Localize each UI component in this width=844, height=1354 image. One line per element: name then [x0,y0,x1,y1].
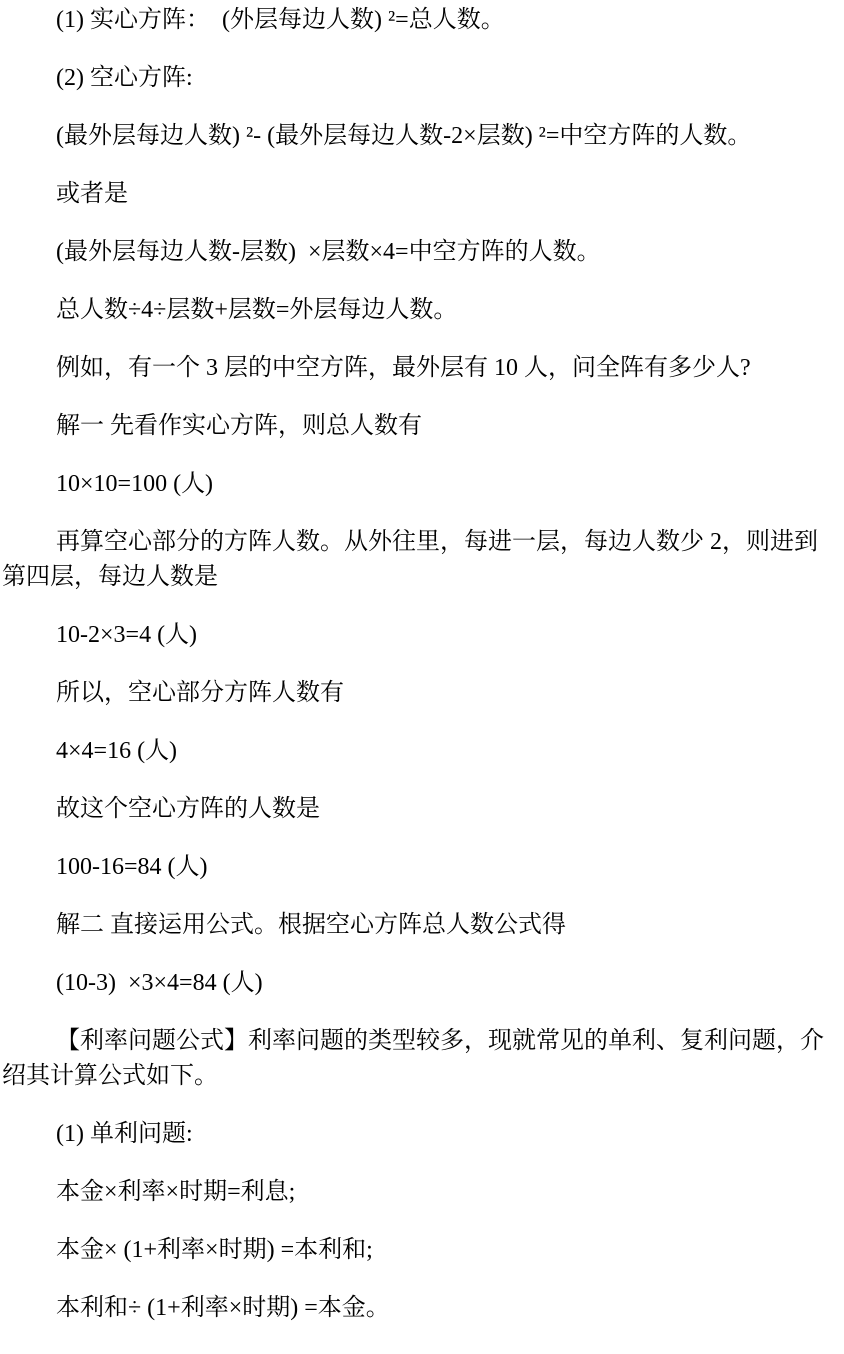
paragraph-solid-square-formula: (1) 实心方阵： (外层每边人数) ²=总人数。 [2,3,840,38]
paragraph-hollow-square-heading: (2) 空心方阵: [2,61,840,96]
paragraph-calc-hollow: 4×4=16 (人) [2,734,840,769]
paragraph-or-else: 或者是 [2,177,840,212]
paragraph-solution-two-intro: 解二 直接运用公式。根据空心方阵总人数公式得 [2,908,840,943]
paragraph-interest-formula-2: 本金× (1+利率×时期) =本利和; [2,1233,840,1268]
paragraph-solution-two-calc: (10-3) ×3×4=84 (人) [2,966,840,1001]
paragraph-calc-side: 10-2×3=4 (人) [2,618,840,653]
paragraph-interest-intro: 【利率问题公式】利率问题的类型较多，现就常见的单利、复利问题，介绍其计算公式如下… [2,1024,840,1094]
paragraph-hollow-part-explain: 再算空心部分的方阵人数。从外往里，每进一层，每边人数少 2，则进到第四层，每边人… [2,525,840,595]
paragraph-calc-answer: 100-16=84 (人) [2,850,840,885]
paragraph-therefore-hollow: 所以，空心部分方阵人数有 [2,676,840,711]
paragraph-calc-total: 10×10=100 (人) [2,467,840,502]
paragraph-outer-side-formula: 总人数÷4÷层数+层数=外层每边人数。 [2,293,840,328]
paragraph-alternate-formula: (最外层每边人数-层数) ×层数×4=中空方阵的人数。 [2,235,840,270]
document-page: (1) 实心方阵： (外层每边人数) ²=总人数。 (2) 空心方阵: (最外层… [0,0,844,1326]
paragraph-interest-formula-3: 本利和÷ (1+利率×时期) =本金。 [2,1291,840,1326]
paragraph-simple-interest-heading: (1) 单利问题: [2,1117,840,1152]
paragraph-interest-formula-1: 本金×利率×时期=利息; [2,1175,840,1210]
paragraph-example-problem: 例如，有一个 3 层的中空方阵，最外层有 10 人，问全阵有多少人? [2,351,840,386]
paragraph-thus-total-intro: 故这个空心方阵的人数是 [2,792,840,827]
paragraph-solution-one-intro: 解一 先看作实心方阵，则总人数有 [2,409,840,444]
paragraph-hollow-square-formula: (最外层每边人数) ²- (最外层每边人数-2×层数) ²=中空方阵的人数。 [2,119,840,154]
